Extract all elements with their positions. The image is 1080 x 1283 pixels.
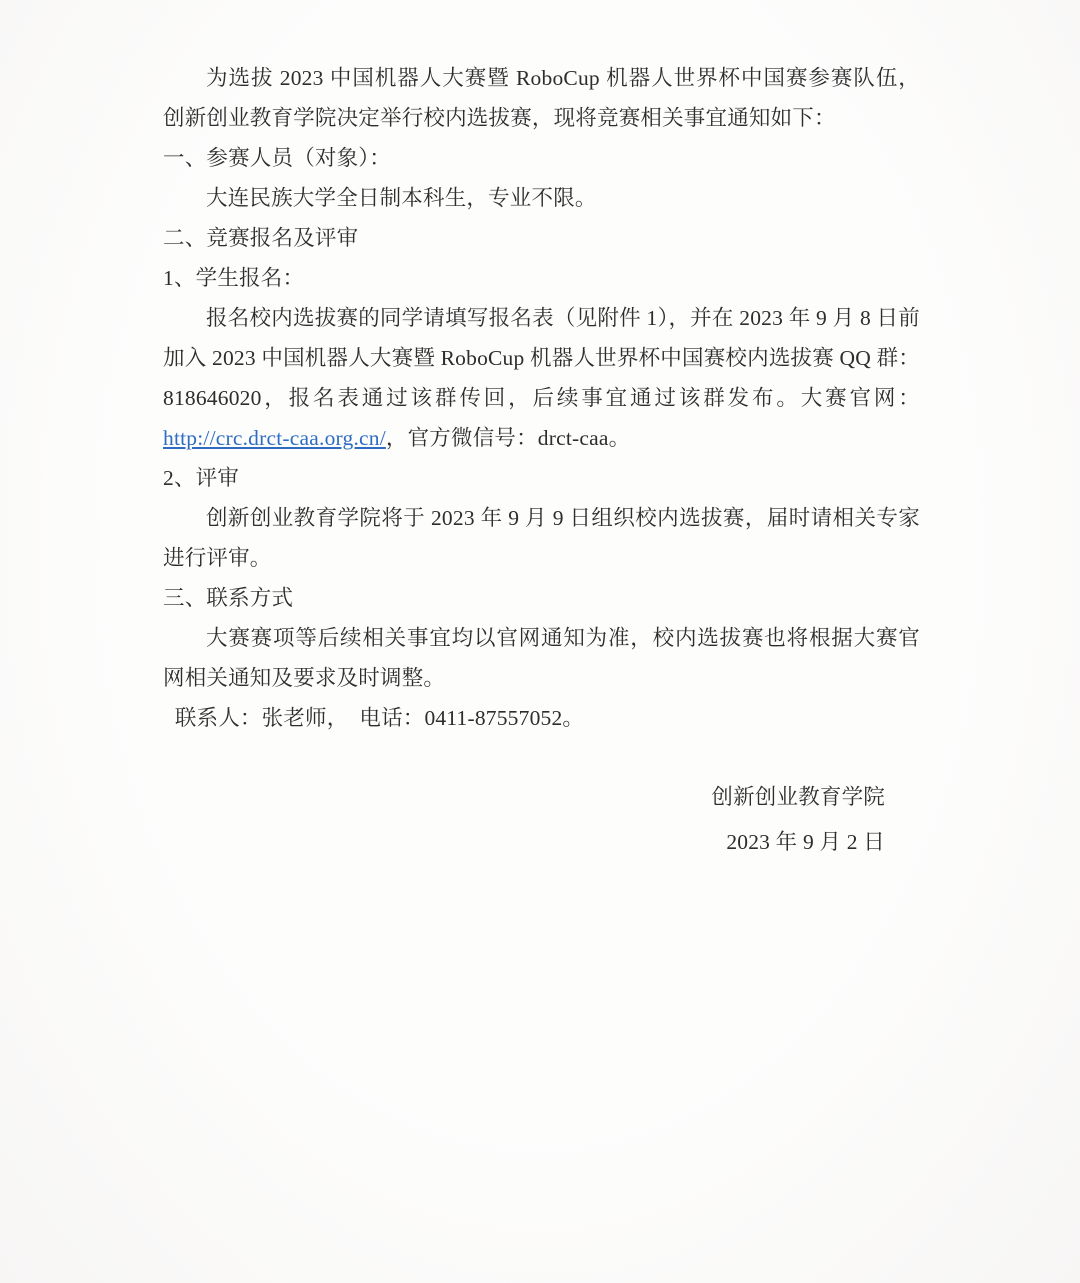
item2-heading: 2、评审	[163, 458, 920, 498]
item1-body: 报名校内选拔赛的同学请填写报名表（见附件 1），并在 2023 年 9 月 8 …	[163, 298, 920, 458]
item1-text-before-link: 报名校内选拔赛的同学请填写报名表（见附件 1），并在 2023 年 9 月 8 …	[163, 306, 920, 410]
signature-date: 2023 年 9 月 2 日	[163, 820, 885, 865]
section3-heading: 三、联系方式	[163, 578, 920, 618]
signature-block: 创新创业教育学院 2023 年 9 月 2 日	[163, 775, 920, 865]
item2-body: 创新创业教育学院将于 2023 年 9 月 9 日组织校内选拔赛，届时请相关专家…	[163, 498, 920, 578]
intro-paragraph: 为选拔 2023 中国机器人大赛暨 RoboCup 机器人世界杯中国赛参赛队伍，…	[163, 58, 920, 138]
item1-text-after-link: ，官方微信号：drct-caa。	[386, 426, 630, 450]
section2-heading: 二、竞赛报名及评审	[163, 218, 920, 258]
signature-organization: 创新创业教育学院	[163, 775, 885, 820]
section3-body: 大赛赛项等后续相关事宜均以官网通知为准，校内选拔赛也将根据大赛官网相关通知及要求…	[163, 618, 920, 698]
official-website-link[interactable]: http://crc.drct-caa.org.cn/	[163, 426, 386, 450]
section1-heading: 一、参赛人员（对象）：	[163, 138, 920, 178]
section1-body: 大连民族大学全日制本科生，专业不限。	[163, 178, 920, 218]
item1-heading: 1、学生报名：	[163, 258, 920, 298]
contact-line: 联系人：张老师， 电话：0411-87557052。	[163, 698, 920, 738]
document-body: 为选拔 2023 中国机器人大赛暨 RoboCup 机器人世界杯中国赛参赛队伍，…	[163, 58, 920, 865]
